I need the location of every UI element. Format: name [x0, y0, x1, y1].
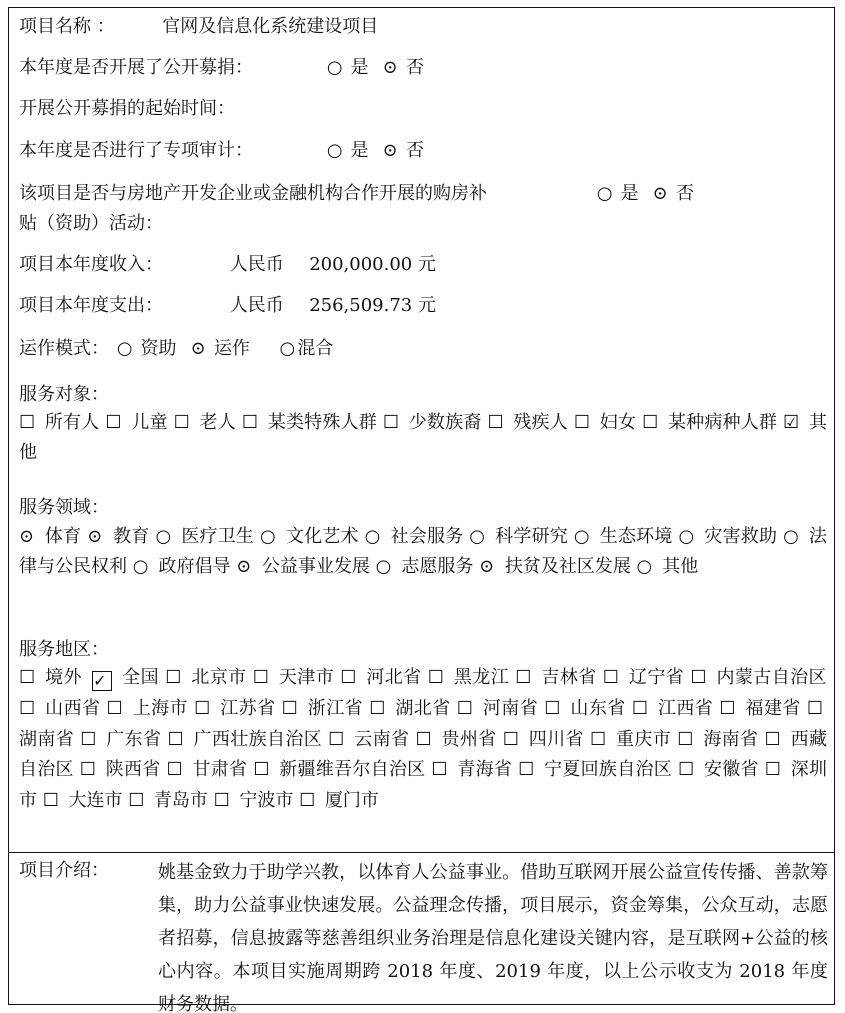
checkbox-option[interactable]: ☐ 新疆维吾尔自治区	[253, 759, 431, 780]
option-yes-label: 是	[350, 57, 368, 78]
option-label: 广西壮族自治区	[187, 729, 328, 750]
option-subsidy-label: 资助	[140, 338, 176, 359]
option-label: 老人	[194, 412, 242, 433]
expense-label: 项目本年度支出：	[19, 291, 224, 321]
income-label: 项目本年度收入：	[19, 250, 224, 280]
checkbox-empty-icon[interactable]: ☐	[765, 755, 785, 786]
radio-mixed[interactable]: ○	[277, 334, 297, 364]
expense-row: 项目本年度支出： 人民币 256,509.73 元	[19, 291, 436, 321]
operation-mode-label: 运作模式：	[19, 338, 109, 359]
checkbox-empty-icon[interactable]: ☐	[80, 755, 100, 786]
option-label: 江西省	[652, 698, 720, 719]
radio-empty-icon[interactable]: ○	[678, 522, 698, 552]
checkbox-empty-icon[interactable]: ☐	[574, 408, 594, 438]
checkbox-empty-icon[interactable]: ☐	[167, 725, 187, 756]
radio-operate-selected[interactable]: ⊙	[188, 334, 208, 364]
checkbox-empty-icon[interactable]: ☐	[719, 694, 739, 725]
radio-option[interactable]: ⊙ 教育	[87, 526, 155, 547]
checkbox-empty-icon[interactable]: ☐	[253, 755, 273, 786]
option-label: 河北省	[360, 667, 428, 688]
checkbox-option[interactable]: ☐ 福建省	[719, 698, 807, 719]
income-unit: 元	[418, 254, 436, 275]
checkbox-empty-icon[interactable]: ☐	[603, 663, 623, 694]
checkbox-option[interactable]: ☐ 境外	[19, 667, 88, 688]
checkbox-checked-icon[interactable]: ☑	[783, 408, 803, 438]
service-targets-label: 服务对象：	[19, 380, 109, 410]
checkbox-empty-icon[interactable]: ☐	[167, 755, 187, 786]
checkbox-empty-icon[interactable]: ☐	[415, 725, 435, 756]
project-name-row: 项目名称 ： 官网及信息化系统建设项目	[19, 12, 378, 42]
checkbox-option[interactable]: ☐ 黑龙江	[428, 667, 516, 688]
radio-option[interactable]: ○ 其他	[637, 556, 699, 577]
checkbox-empty-icon[interactable]: ☐	[165, 663, 185, 694]
radio-no-selected[interactable]: ⊙	[380, 53, 400, 83]
income-amount: 200,000.00	[309, 254, 412, 275]
option-no-label: 否	[406, 57, 424, 78]
checkbox-empty-icon[interactable]: ☐	[105, 408, 125, 438]
checkbox-option[interactable]: ☐ 吉林省	[515, 667, 603, 688]
checkbox-checked-icon[interactable]: ✓	[92, 671, 112, 691]
checkbox-empty-icon[interactable]: ☐	[19, 408, 39, 438]
checkbox-option[interactable]: ☐ 安徽省	[678, 759, 765, 780]
option-label: 云南省	[348, 729, 415, 750]
special-audit-row: 本年度是否进行了专项审计： ○ 是 ⊙ 否	[19, 136, 424, 166]
service-fields-label: 服务领域：	[19, 493, 109, 523]
option-label: 教育	[107, 526, 155, 547]
radio-option[interactable]: ○ 科学研究	[469, 526, 574, 547]
checkbox-empty-icon[interactable]: ☐	[383, 408, 403, 438]
expense-currency: 人民币	[230, 295, 284, 316]
checkbox-empty-icon[interactable]: ☐	[242, 408, 262, 438]
option-label: 公益事业发展	[256, 556, 375, 577]
option-label: 其他	[657, 556, 699, 577]
option-label: 北京市	[185, 667, 253, 688]
radio-option[interactable]: ⊙ 公益事业发展	[236, 556, 375, 577]
checkbox-option[interactable]: ☐ 上海市	[107, 698, 195, 719]
checkbox-option[interactable]: ☐ 宁波市	[214, 790, 299, 811]
service-regions-list: ☐ 境外 ✓ 全国 ☐ 北京市 ☐ 天津市 ☐ 河北省 ☐ 黑龙江 ☐ 吉林省 …	[19, 663, 827, 817]
checkbox-option[interactable]: ☐ 妇女	[574, 412, 642, 433]
checkbox-option[interactable]: ☐ 大连市	[43, 790, 128, 811]
checkbox-empty-icon[interactable]: ☐	[369, 694, 389, 725]
radio-yes[interactable]: ○	[325, 136, 345, 166]
checkbox-empty-icon[interactable]: ☐	[807, 694, 827, 725]
checkbox-empty-icon[interactable]: ☐	[590, 725, 610, 756]
option-label: 海南省	[697, 729, 764, 750]
project-info-table: 项目名称 ： 官网及信息化系统建设项目 本年度是否开展了公开募捐： ○ 是 ⊙ …	[8, 7, 835, 1005]
checkbox-option[interactable]: ☐ 江西省	[632, 698, 720, 719]
checkbox-empty-icon[interactable]: ☐	[487, 408, 507, 438]
option-label: 黑龙江	[448, 667, 516, 688]
option-label: 上海市	[127, 698, 195, 719]
option-label: 全国	[116, 667, 165, 688]
checkbox-empty-icon[interactable]: ☐	[642, 408, 662, 438]
checkbox-option[interactable]: ☐ 宁夏回族自治区	[518, 759, 678, 780]
option-label: 内蒙古自治区	[710, 667, 827, 688]
radio-no-selected[interactable]: ⊙	[650, 179, 670, 209]
checkbox-option[interactable]: ☐ 残疾人	[487, 412, 573, 433]
service-regions-label: 服务地区：	[19, 635, 109, 665]
option-label: 体育	[39, 526, 87, 547]
option-label: 少数族裔	[403, 412, 488, 433]
housing-subsidy-label-2: 贴（资助）活动：	[19, 213, 163, 234]
checkbox-option[interactable]: ☐ 内蒙古自治区	[690, 667, 827, 688]
option-label: 山东省	[564, 698, 632, 719]
checkbox-empty-icon[interactable]: ☐	[194, 694, 214, 725]
expense-amount: 256,509.73	[309, 295, 412, 316]
radio-empty-icon[interactable]: ○	[469, 522, 489, 552]
option-label: 社会服务	[385, 526, 470, 547]
checkbox-option[interactable]: ☐ 湖北省	[369, 698, 457, 719]
option-label: 医疗卫生	[175, 526, 260, 547]
option-label: 科学研究	[489, 526, 574, 547]
checkbox-option[interactable]: ☐ 少数族裔	[383, 412, 488, 433]
option-label: 政府倡导	[153, 556, 236, 577]
radio-empty-icon[interactable]: ○	[155, 522, 175, 552]
checkbox-option[interactable]: ☐ 云南省	[328, 729, 415, 750]
checkbox-empty-icon[interactable]: ☐	[765, 725, 785, 756]
option-label: 河南省	[477, 698, 545, 719]
checkbox-empty-icon[interactable]: ☐	[253, 663, 273, 694]
checkbox-option[interactable]: ☐ 北京市	[165, 667, 253, 688]
checkbox-option[interactable]: ☐ 儿童	[105, 412, 173, 433]
option-label: 辽宁省	[623, 667, 691, 688]
radio-option[interactable]: ○ 政府倡导	[133, 556, 236, 577]
option-yes-label: 是	[350, 140, 368, 161]
option-label: 新疆维吾尔自治区	[273, 759, 431, 780]
radio-selected-icon[interactable]: ⊙	[19, 522, 39, 552]
option-label: 甘肃省	[187, 759, 254, 780]
checkbox-empty-icon[interactable]: ☐	[428, 663, 448, 694]
radio-selected-icon[interactable]: ⊙	[479, 552, 499, 582]
radio-option[interactable]: ○ 社会服务	[365, 526, 470, 547]
operation-mode-row: 运作模式： ○ 资助 ⊙ 运作 ○混合	[19, 334, 333, 364]
checkbox-option[interactable]: ☐ 辽宁省	[603, 667, 691, 688]
project-name-label: 项目名称 ：	[19, 16, 115, 37]
checkbox-option[interactable]: ☐ 山东省	[544, 698, 632, 719]
checkbox-empty-icon[interactable]: ☐	[282, 694, 302, 725]
option-operate-label: 运作	[214, 338, 250, 359]
checkbox-option[interactable]: ☐ 陕西省	[80, 759, 167, 780]
service-fields-list: ⊙ 体育 ⊙ 教育 ○ 医疗卫生 ○ 文化艺术 ○ 社会服务 ○ 科学研究 ○ …	[19, 522, 827, 582]
radio-yes[interactable]: ○	[595, 179, 615, 209]
checkbox-option[interactable]: ☐ 河北省	[340, 667, 428, 688]
checkbox-option[interactable]: ☐ 青岛市	[128, 790, 213, 811]
option-label: 儿童	[125, 412, 173, 433]
income-currency: 人民币	[230, 254, 284, 275]
checkbox-option[interactable]: ☐ 老人	[174, 412, 242, 433]
checkbox-empty-icon[interactable]: ☐	[19, 663, 39, 694]
option-label: 福建省	[739, 698, 807, 719]
option-label: 广东省	[100, 729, 167, 750]
housing-subsidy-row-2: 贴（资助）活动：	[19, 209, 163, 239]
checkbox-empty-icon[interactable]: ☐	[214, 786, 234, 817]
checkbox-empty-icon[interactable]: ☐	[328, 725, 348, 756]
checkbox-empty-icon[interactable]: ☐	[457, 694, 477, 725]
option-label: 宁波市	[234, 790, 299, 811]
option-label: 吉林省	[535, 667, 603, 688]
option-label: 残疾人	[507, 412, 573, 433]
option-label: 重庆市	[610, 729, 677, 750]
option-label: 湖南省	[19, 729, 80, 750]
checkbox-option[interactable]: ☐ 厦门市	[299, 790, 379, 811]
radio-option[interactable]: ⊙ 体育	[19, 526, 87, 547]
option-label: 所有人	[39, 412, 105, 433]
option-label: 陕西省	[100, 759, 167, 780]
radio-selected-icon[interactable]: ⊙	[236, 552, 256, 582]
option-label: 宁夏回族自治区	[538, 759, 678, 780]
radio-empty-icon[interactable]: ○	[260, 522, 280, 552]
radio-subsidy[interactable]: ○	[115, 334, 135, 364]
section-divider	[9, 852, 834, 853]
housing-subsidy-label: 该项目是否与房地产开发企业或金融机构合作开展的购房补	[19, 179, 589, 209]
checkbox-option[interactable]: ☐ 江苏省	[194, 698, 282, 719]
radio-option[interactable]: ○ 医疗卫生	[155, 526, 260, 547]
option-label: 境外	[39, 667, 88, 688]
radio-option[interactable]: ○ 志愿服务	[376, 556, 479, 577]
checkbox-option[interactable]: ☐ 海南省	[677, 729, 764, 750]
checkbox-option[interactable]: ☐ 天津市	[253, 667, 341, 688]
housing-subsidy-row: 该项目是否与房地产开发企业或金融机构合作开展的购房补 ○ 是 ⊙ 否	[19, 179, 694, 209]
option-label: 大连市	[63, 790, 128, 811]
radio-option[interactable]: ○ 文化艺术	[260, 526, 365, 547]
option-label: 文化艺术	[280, 526, 365, 547]
option-label: 志愿服务	[396, 556, 479, 577]
service-targets-list: ☐ 所有人 ☐ 儿童 ☐ 老人 ☐ 某类特殊人群 ☐ 少数族裔 ☐ 残疾人 ☐ …	[19, 408, 827, 468]
checkbox-option[interactable]: ☐ 山西省	[19, 698, 107, 719]
checkbox-empty-icon[interactable]: ☐	[518, 755, 538, 786]
option-label: 贵州省	[435, 729, 502, 750]
option-label: 湖北省	[389, 698, 457, 719]
option-no-label: 否	[406, 140, 424, 161]
option-yes-label: 是	[620, 183, 638, 204]
checkbox-empty-icon[interactable]: ☐	[43, 786, 63, 817]
option-label: 扶贫及社区发展	[499, 556, 636, 577]
project-intro-text: 姚基金致力于助学兴教，以体育人公益事业。借助互联网开展公益宣传传播、善款筹集，助…	[158, 856, 828, 1013]
option-label: 山西省	[39, 698, 107, 719]
checkbox-empty-icon[interactable]: ☐	[690, 663, 710, 694]
public-fundraising-label: 本年度是否开展了公开募捐：	[19, 53, 319, 83]
option-mixed-label: 混合	[297, 338, 333, 359]
radio-empty-icon[interactable]: ○	[133, 552, 153, 582]
option-label: 江苏省	[214, 698, 282, 719]
option-label: 灾害救助	[698, 526, 783, 547]
checkbox-option[interactable]: ☐ 甘肃省	[167, 759, 254, 780]
radio-empty-icon[interactable]: ○	[783, 522, 803, 552]
checkbox-empty-icon[interactable]: ☐	[503, 725, 523, 756]
checkbox-empty-icon[interactable]: ☐	[299, 786, 319, 817]
project-intro-label: 项目介绍：	[19, 856, 109, 886]
option-label: 青海省	[451, 759, 518, 780]
checkbox-option[interactable]: ☐ 贵州省	[415, 729, 502, 750]
checkbox-empty-icon[interactable]: ☐	[128, 786, 148, 817]
checkbox-option[interactable]: ☐ 某类特殊人群	[242, 412, 383, 433]
public-fundraising-row: 本年度是否开展了公开募捐： ○ 是 ⊙ 否	[19, 53, 424, 83]
checkbox-empty-icon[interactable]: ☐	[19, 694, 39, 725]
radio-option[interactable]: ○ 灾害救助	[678, 526, 783, 547]
checkbox-empty-icon[interactable]: ☐	[431, 755, 451, 786]
radio-empty-icon[interactable]: ○	[365, 522, 385, 552]
radio-empty-icon[interactable]: ○	[574, 522, 594, 552]
option-label: 青岛市	[148, 790, 213, 811]
checkbox-empty-icon[interactable]: ☐	[107, 694, 127, 725]
option-label: 生态环境	[594, 526, 679, 547]
radio-option[interactable]: ⊙ 扶贫及社区发展	[479, 556, 636, 577]
checkbox-option[interactable]: ☐ 河南省	[457, 698, 545, 719]
checkbox-option[interactable]: ☐ 重庆市	[590, 729, 677, 750]
radio-selected-icon[interactable]: ⊙	[87, 522, 107, 552]
radio-no-selected[interactable]: ⊙	[380, 136, 400, 166]
option-label: 厦门市	[319, 790, 379, 811]
checkbox-empty-icon[interactable]: ☐	[678, 755, 698, 786]
radio-option[interactable]: ○ 生态环境	[574, 526, 679, 547]
checkbox-empty-icon[interactable]: ☐	[677, 725, 697, 756]
special-audit-label: 本年度是否进行了专项审计：	[19, 136, 319, 166]
option-label: 妇女	[594, 412, 642, 433]
checkbox-empty-icon[interactable]: ☐	[340, 663, 360, 694]
checkbox-empty-icon[interactable]: ☐	[80, 725, 100, 756]
radio-empty-icon[interactable]: ○	[637, 552, 657, 582]
option-label: 安徽省	[698, 759, 765, 780]
income-row: 项目本年度收入： 人民币 200,000.00 元	[19, 250, 436, 280]
expense-unit: 元	[418, 295, 436, 316]
option-label: 天津市	[273, 667, 341, 688]
checkbox-option[interactable]: ✓ 全国	[88, 667, 165, 688]
checkbox-option[interactable]: ☐ 某种病种人群	[642, 412, 783, 433]
checkbox-empty-icon[interactable]: ☐	[174, 408, 194, 438]
checkbox-empty-icon[interactable]: ☐	[544, 694, 564, 725]
fundraising-start-label: 开展公开募捐的起始时间：	[19, 98, 235, 119]
checkbox-option[interactable]: ☐ 广东省	[80, 729, 167, 750]
checkbox-option[interactable]: ☐ 广西壮族自治区	[167, 729, 328, 750]
checkbox-option[interactable]: ☐ 浙江省	[282, 698, 370, 719]
option-label: 四川省	[523, 729, 590, 750]
option-no-label: 否	[676, 183, 694, 204]
checkbox-option[interactable]: ☐ 青海省	[431, 759, 518, 780]
project-name-value: 官网及信息化系统建设项目	[162, 16, 378, 37]
option-label: 某种病种人群	[662, 412, 783, 433]
checkbox-option[interactable]: ☐ 所有人	[19, 412, 105, 433]
option-label: 浙江省	[302, 698, 370, 719]
option-label: 某类特殊人群	[262, 412, 383, 433]
radio-yes[interactable]: ○	[325, 53, 345, 83]
checkbox-option[interactable]: ☐ 四川省	[503, 729, 590, 750]
checkbox-empty-icon[interactable]: ☐	[515, 663, 535, 694]
checkbox-empty-icon[interactable]: ☐	[632, 694, 652, 725]
radio-empty-icon[interactable]: ○	[376, 552, 396, 582]
fundraising-start-row: 开展公开募捐的起始时间：	[19, 94, 235, 124]
